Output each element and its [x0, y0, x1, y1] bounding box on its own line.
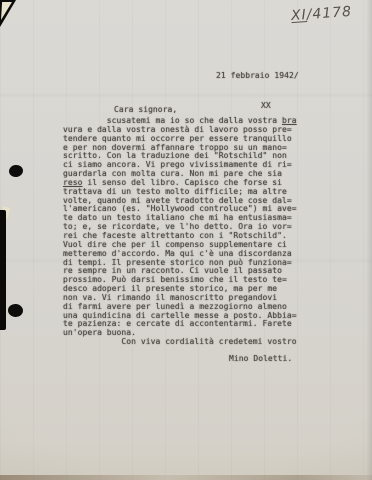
archive-number-annotation: XI/4178	[291, 4, 353, 24]
punch-hole-bottom	[7, 303, 23, 317]
signature: Mino Doletti.	[229, 354, 292, 363]
archive-roman-numeral: XI	[291, 7, 308, 24]
fascist-era-numeral: XX	[261, 101, 299, 111]
page-bottom-edge	[0, 475, 372, 480]
date-line: 21 febbraio 1942/	[216, 71, 299, 81]
letter-line: Con viva cordialità credetemi vostro	[63, 338, 297, 347]
archive-number: /4178	[306, 4, 352, 23]
scanned-letter-page: XI/4178 21 febbraio 1942/ XX Cara signor…	[0, 0, 372, 480]
punch-hole-top	[8, 164, 24, 178]
letter-body: scusatemi ma io so che dalla vostra brav…	[63, 117, 297, 347]
salutation: Cara signora,	[114, 105, 177, 114]
binding-shadow-strip	[0, 210, 6, 330]
page-right-edge	[366, 0, 372, 480]
